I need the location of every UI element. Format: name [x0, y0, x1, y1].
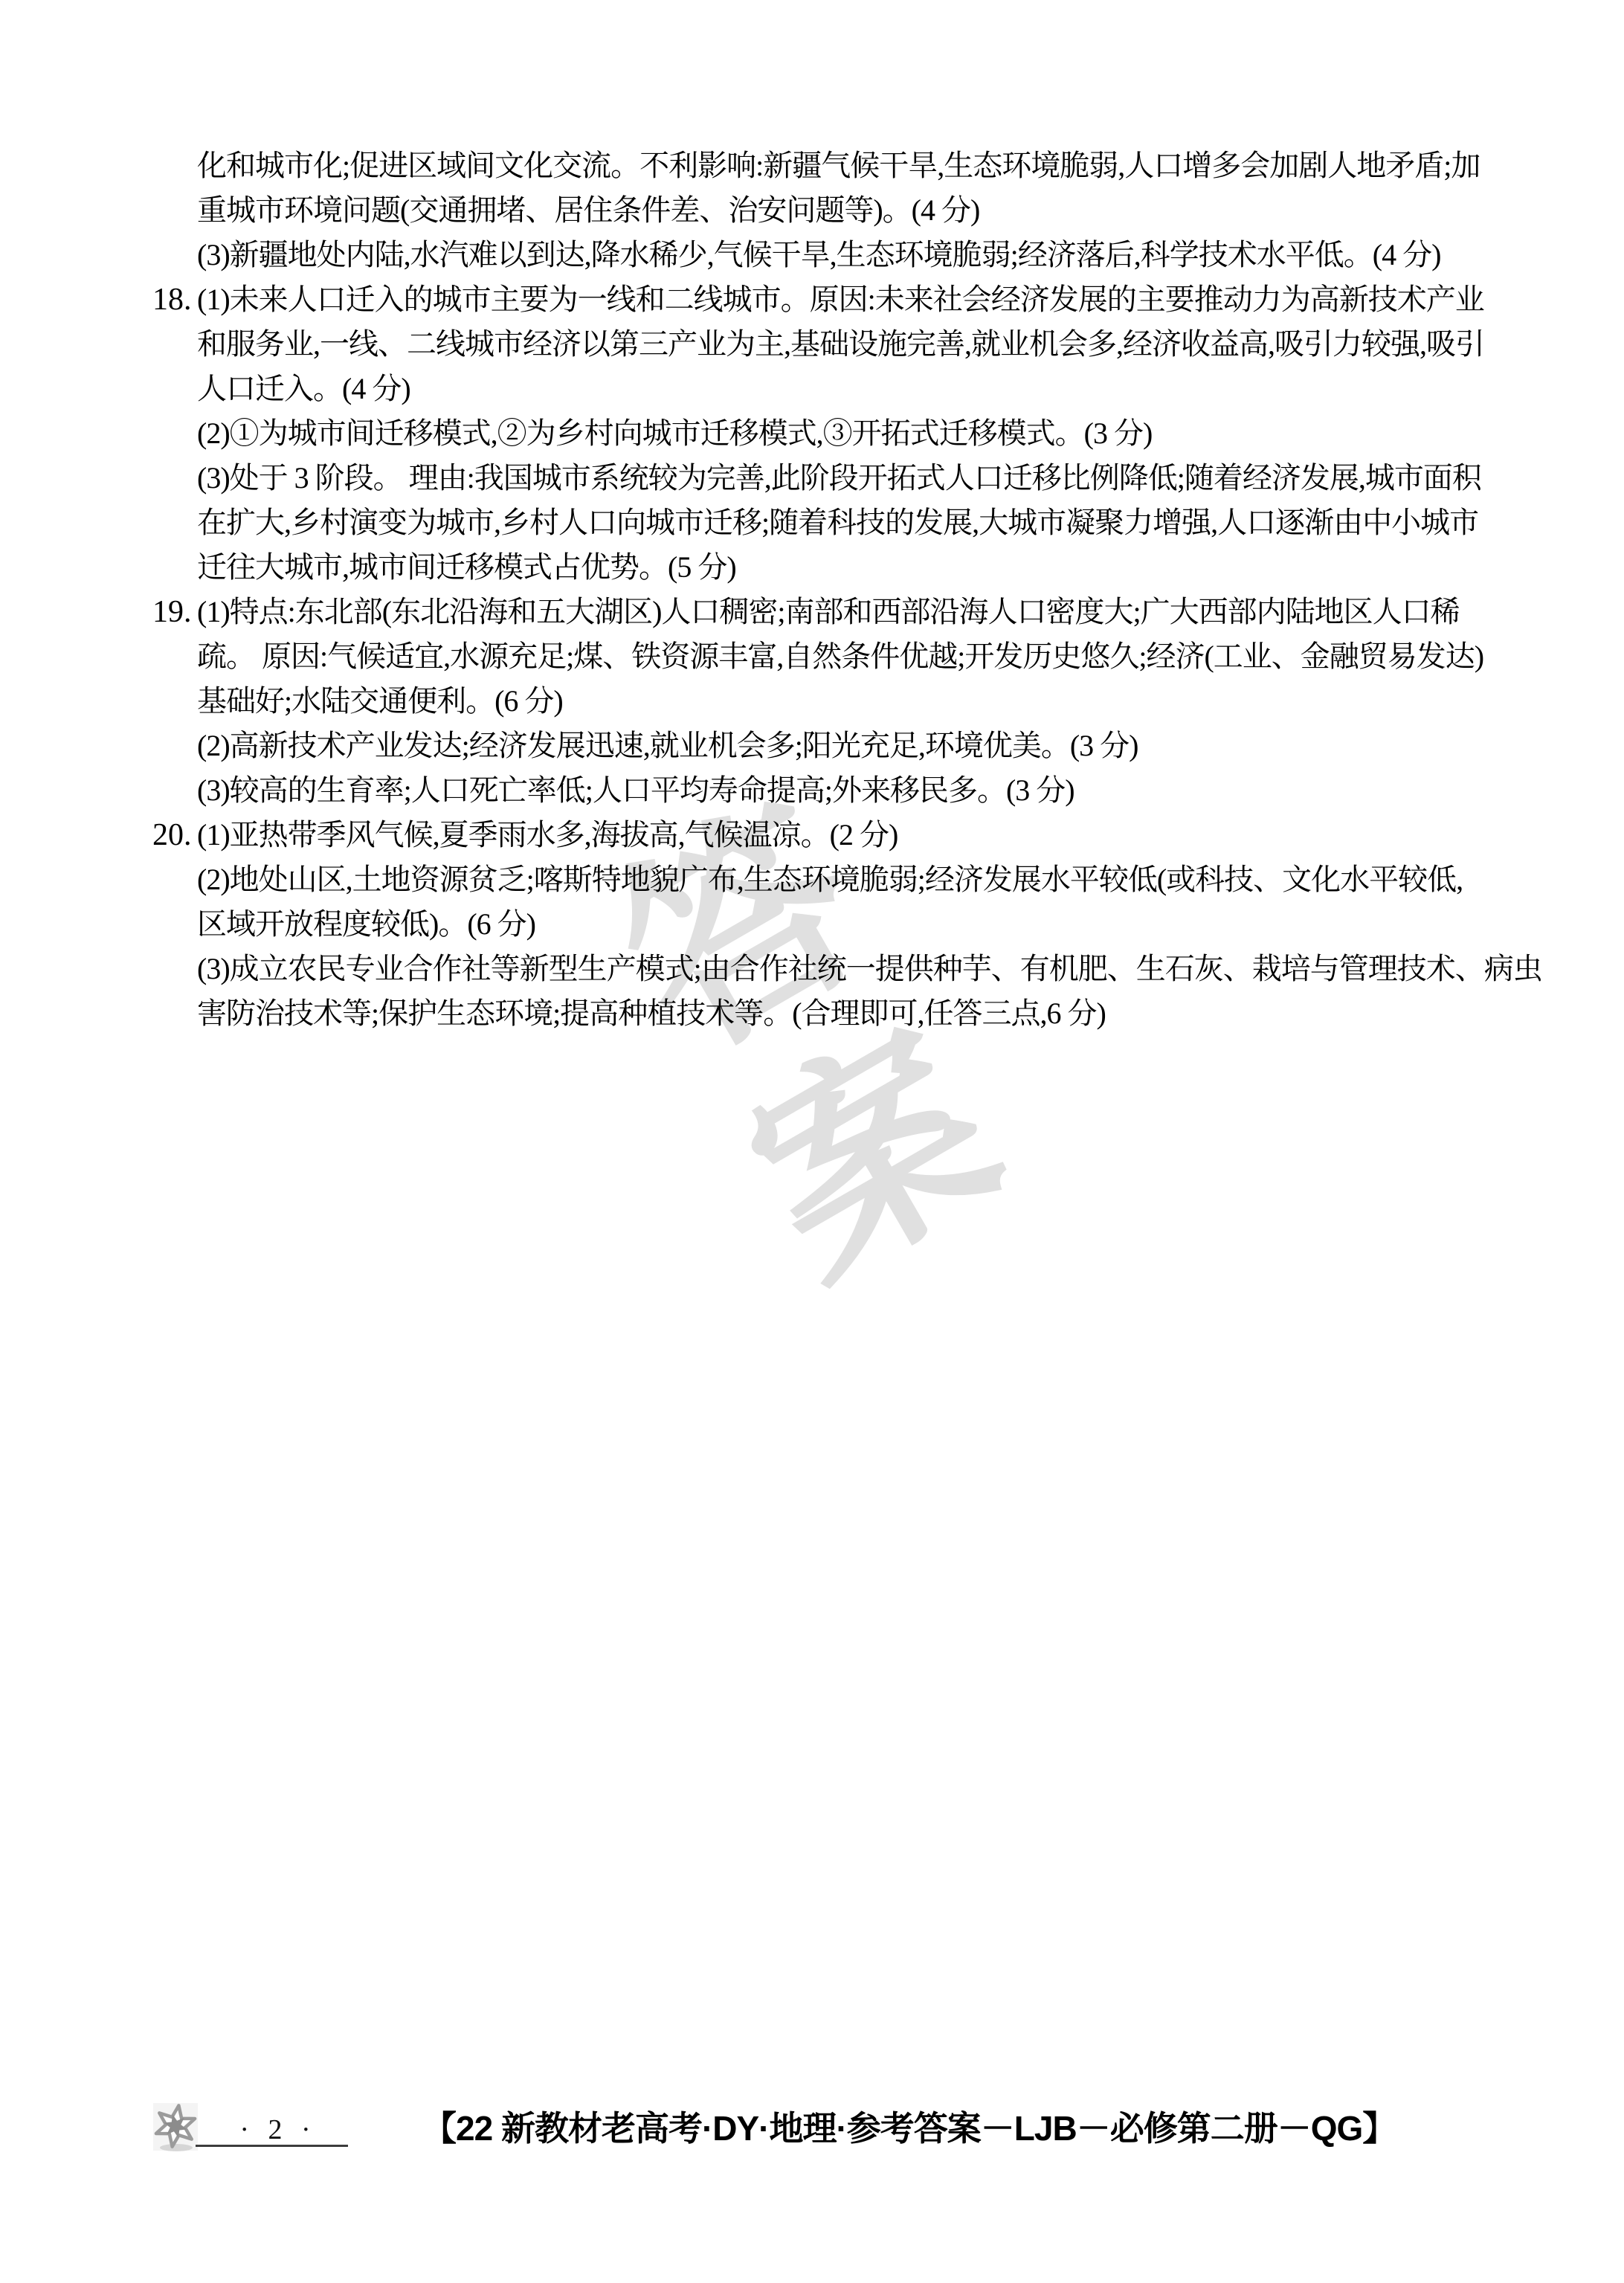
- answer-line: (3)成立农民专业合作社等新型生产模式;由合作社统一提供种芋、有机肥、生石灰、栽…: [197, 947, 1536, 991]
- question-19: 19. (1)特点:东北部(东北沿海和五大湖区)人口稠密;南部和西部沿海人口密度…: [152, 590, 1536, 813]
- question-number: 19.: [152, 590, 197, 634]
- question-number: 18.: [152, 277, 197, 322]
- question-17-continuation: 化和城市化;促进区域间文化交流。不利影响:新疆气候干旱,生态环境脆弱,人口增多会…: [152, 144, 1536, 277]
- page-number-rule: [196, 2145, 348, 2147]
- answer-line: 迁往大城市,城市间迁移模式占优势。(5 分): [197, 545, 1536, 590]
- page-number: · 2 ·: [219, 2114, 331, 2145]
- answer-line: (1)亚热带季风气候,夏季雨水多,海拔高,气候温凉。(2 分): [197, 813, 1536, 857]
- question-number: 20.: [152, 813, 197, 857]
- star-logo-icon: [153, 2103, 198, 2154]
- answer-line: (3)较高的生育率;人口死亡率低;人口平均寿命提高;外来移民多。(3 分): [197, 768, 1536, 813]
- answers-content: 化和城市化;促进区域间文化交流。不利影响:新疆气候干旱,生态环境脆弱,人口增多会…: [152, 144, 1536, 1036]
- answer-line: 区域开放程度较低)。(6 分): [197, 902, 1536, 947]
- answer-line: 人口迁入。(4 分): [197, 367, 1536, 411]
- answer-line: 化和城市化;促进区域间文化交流。不利影响:新疆气候干旱,生态环境脆弱,人口增多会…: [197, 144, 1536, 188]
- answer-line: 和服务业,一线、二线城市经济以第三产业为主,基础设施完善,就业机会多,经济收益高…: [197, 322, 1536, 367]
- answer-line: 基础好;水陆交通便利。(6 分): [197, 679, 1536, 724]
- answer-line: (2)高新技术产业发达;经济发展迅速,就业机会多;阳光充足,环境优美。(3 分): [197, 724, 1536, 768]
- answer-sheet-page: 答 案 化和城市化;促进区域间文化交流。不利影响:新疆气候干旱,生态环境脆弱,人…: [0, 0, 1624, 2283]
- answer-line: 重城市环境问题(交通拥堵、居住条件差、治安问题等)。(4 分): [197, 188, 1536, 233]
- answer-line: (2)①为城市间迁移模式,②为乡村向城市迁移模式,③开拓式迁移模式。(3 分): [197, 411, 1536, 456]
- answer-line: (3)处于 3 阶段。 理由:我国城市系统较为完善,此阶段开拓式人口迁移比例降低…: [197, 456, 1536, 500]
- answer-line: (3)新疆地处内陆,水汽难以到达,降水稀少,气候干旱,生态环境脆弱;经济落后,科…: [197, 233, 1536, 277]
- answer-line: 在扩大,乡村演变为城市,乡村人口向城市迁移;随着科技的发展,大城市凝聚力增强,人…: [197, 500, 1536, 545]
- question-18: 18. (1)未来人口迁入的城市主要为一线和二线城市。原因:未来社会经济发展的主…: [152, 277, 1536, 590]
- answer-line: (1)特点:东北部(东北沿海和五大湖区)人口稠密;南部和西部沿海人口密度大;广大…: [197, 590, 1536, 634]
- question-20: 20. (1)亚热带季风气候,夏季雨水多,海拔高,气候温凉。(2 分) (2)地…: [152, 813, 1536, 1036]
- answer-line: 害防治技术等;保护生态环境;提高种植技术等。(合理即可,任答三点,6 分): [197, 991, 1536, 1036]
- answer-line: (2)地处山区,土地资源贫乏;喀斯特地貌广布,生态环境脆弱;经济发展水平较低(或…: [197, 857, 1536, 902]
- footer-title: 【22 新教材老高考·DY·地理·参考答案－LJB－必修第二册－QG】: [422, 2109, 1396, 2148]
- answer-line: 疏。 原因:气候适宜,水源充足;煤、铁资源丰富,自然条件优越;开发历史悠久;经济…: [197, 634, 1536, 679]
- answer-line: (1)未来人口迁入的城市主要为一线和二线城市。原因:未来社会经济发展的主要推动力…: [197, 277, 1536, 322]
